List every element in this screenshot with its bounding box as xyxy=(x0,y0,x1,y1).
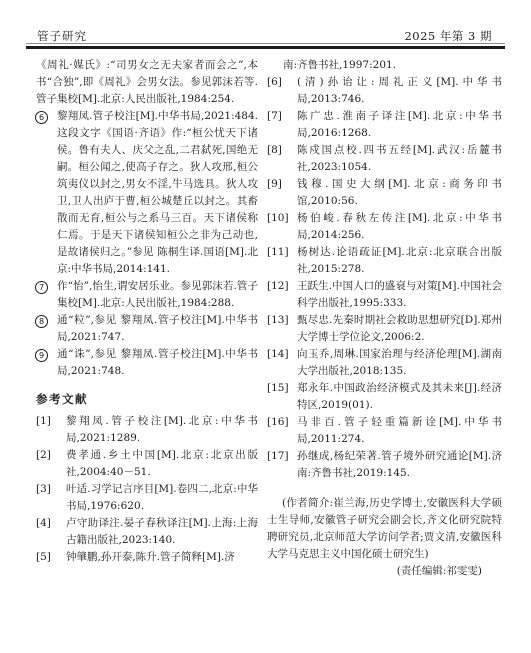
reference-text: 费孝通.乡土中国[M].北京:北京出版社,2004:40－51. xyxy=(66,449,258,478)
reference-text: 卢守助译注.晏子春秋译注[M].上海:上海古籍出版社,2023:140. xyxy=(66,517,258,546)
reference-text: 钟肇鹏,孙开泰,陈升.管子简释[M].济 xyxy=(66,551,235,563)
reference-text: 杨树达.论语疏证[M].北京:北京联合出版社,2015:278. xyxy=(297,246,502,275)
reference-number-marker: [10] xyxy=(267,210,289,227)
circled-number-marker: 9 xyxy=(35,349,48,362)
reference-number-marker: [7] xyxy=(267,108,282,125)
reference-item: [7] 陈广忠.淮南子译注[M].北京:中华书局,2016:1268. xyxy=(267,108,502,142)
reference-item: [17] 孙继成,杨纪荣著.管子境外研究通论[M].济南:齐鲁书社,2019:1… xyxy=(267,448,502,482)
footnote-item: 7 作“怡”,怡生,谓安居乐业。参见郭沫若.管子集校[M].北京:人民出版社,1… xyxy=(36,278,258,312)
reference-item: [6] (清)孙诒让:周礼正义[M].中华书局,2013:746. xyxy=(267,74,502,108)
reference-item: [14] 向玉乔,周琳.国家治理与经济伦理[M].湖南大学出版社,2018:13… xyxy=(267,346,502,380)
reference-text: 向玉乔,周琳.国家治理与经济伦理[M].湖南大学出版社,2018:135. xyxy=(297,348,502,377)
reference-number-marker: [1] xyxy=(36,413,51,430)
references-list-right: [6] (清)孙诒让:周礼正义[M].中华书局,2013:746. [7] 陈广… xyxy=(267,74,502,482)
header-rule-thin xyxy=(26,43,505,44)
reference-number-marker: [13] xyxy=(267,312,289,329)
footnote-item: 6 黎翔凤.管子校注[M].中华书局,2021:484. 这段文字《国语·齐语》… xyxy=(36,108,258,278)
reference-number-marker: [6] xyxy=(267,74,282,91)
right-column: 南:齐鲁书社,1997:201. [6] (清)孙诒让:周礼正义[M].中华书局… xyxy=(267,57,502,580)
reference-text: 陈戍国点校.四书五经[M].武汉:岳麓书社,2023:1054. xyxy=(297,144,502,173)
header-issue-label: 2025 年第 3 期 xyxy=(404,28,492,44)
reference-item: [13] 甄尽忠.先秦时期社会救助思想研究[D].郑州大学博士学位论文,2006… xyxy=(267,312,502,346)
reference-item: [3] 叶适.习学记言序目[M].卷四二,北京:中华书局,1976:620. xyxy=(36,481,258,515)
references-list-left: [1] 黎翔凤.管子校注[M].北京:中华书局,2021:1289. [2] 费… xyxy=(36,413,258,566)
references-heading: 参考文献 xyxy=(36,392,258,409)
reference-text: 钱穆.国史大纲[M].北京:商务印书馆,2010:56. xyxy=(297,178,502,207)
reference-number-marker: [5] xyxy=(36,549,51,566)
reference-item: [12] 王跃生.中国人口的盛衰与对策[M].中国社会科学出版社,1995:33… xyxy=(267,278,502,312)
header-journal-title: 管子研究 xyxy=(37,28,87,44)
footnote-text: 黎翔凤.管子校注[M].中华书局,2021:484. 这段文字《国语·齐语》作:… xyxy=(57,110,258,275)
footnote-text: 通“诛”,参见 黎翔凤.管子校注[M].中华书局,2021:748. xyxy=(57,348,258,377)
reference-number-marker: [9] xyxy=(267,176,282,193)
reference-continuation-text: 南:齐鲁书社,1997:201. xyxy=(267,57,502,74)
reference-number-marker: [8] xyxy=(267,142,282,159)
reference-number-marker: [14] xyxy=(267,346,289,363)
reference-text: 孙继成,杨纪荣著.管子境外研究通论[M].济南:齐鲁书社,2019:145. xyxy=(297,450,502,479)
reference-text: 叶适.习学记言序目[M].卷四二,北京:中华书局,1976:620. xyxy=(66,483,258,512)
reference-text: 黎翔凤.管子校注[M].北京:中华书局,2021:1289. xyxy=(66,415,258,444)
author-bio-paragraph: (作者简介:崔兰海,历史学博士,安徽医科大学硕士生导师,安徽管子研究会副会长,齐… xyxy=(267,495,502,563)
left-column: 《周礼·媒氏》:“司男女之无夫家者而会之”,本书“合独”,即《周礼》会男女法。参… xyxy=(36,57,258,566)
footnote-item: 9 通“诛”,参见 黎翔凤.管子校注[M].中华书局,2021:748. xyxy=(36,346,258,380)
reference-text: 王跃生.中国人口的盛衰与对策[M].中国社会科学出版社,1995:333. xyxy=(297,280,502,309)
reference-item: [8] 陈戍国点校.四书五经[M].武汉:岳麓书社,2023:1054. xyxy=(267,142,502,176)
reference-number-marker: [4] xyxy=(36,515,51,532)
reference-number-marker: [17] xyxy=(267,448,289,465)
reference-text: 马非百.管子轻重篇新诠[M].中华书局,2011:274. xyxy=(297,416,502,445)
circled-number-marker: 7 xyxy=(35,281,48,294)
reference-item: [5] 钟肇鹏,孙开泰,陈升.管子简释[M].济 xyxy=(36,549,258,566)
reference-item: [4] 卢守助译注.晏子春秋译注[M].上海:上海古籍出版社,2023:140. xyxy=(36,515,258,549)
reference-text: 甄尽忠.先秦时期社会救助思想研究[D].郑州大学博士学位论文,2006:2. xyxy=(297,314,502,343)
footnote-text: 作“怡”,怡生,谓安居乐业。参见郭沫若.管子集校[M].北京:人民出版社,198… xyxy=(57,280,258,309)
reference-item: [11] 杨树达.论语疏证[M].北京:北京联合出版社,2015:278. xyxy=(267,244,502,278)
reference-text: 陈广忠.淮南子译注[M].北京:中华书局,2016:1268. xyxy=(297,110,502,139)
reference-number-marker: [12] xyxy=(267,278,289,295)
reference-number-marker: [2] xyxy=(36,447,51,464)
reference-text: 郑永年.中国政治经济模式及其未来[J].经济特区,2019(01). xyxy=(297,382,502,411)
circled-number-marker: 6 xyxy=(35,111,48,124)
reference-item: [1] 黎翔凤.管子校注[M].北京:中华书局,2021:1289. xyxy=(36,413,258,447)
circled-number-marker: 8 xyxy=(35,315,48,328)
reference-number-marker: [15] xyxy=(267,380,289,397)
reference-item: [15] 郑永年.中国政治经济模式及其未来[J].经济特区,2019(01). xyxy=(267,380,502,414)
reference-item: [9] 钱穆.国史大纲[M].北京:商务印书馆,2010:56. xyxy=(267,176,502,210)
reference-text: 杨伯峻.春秋左传注[M].北京:中华书局,2014:256. xyxy=(297,212,502,241)
reference-text: (清)孙诒让:周礼正义[M].中华书局,2013:746. xyxy=(297,76,502,105)
footnote-item: 8 通“粒”,参见 黎翔凤.管子校注[M].中华书局,2021:747. xyxy=(36,312,258,346)
reference-number-marker: [16] xyxy=(267,414,289,431)
footnote-continuation-text: 《周礼·媒氏》:“司男女之无夫家者而会之”,本书“合独”,即《周礼》会男女法。参… xyxy=(36,57,258,108)
reference-item: [16] 马非百.管子轻重篇新诠[M].中华书局,2011:274. xyxy=(267,414,502,448)
footnote-text: 通“粒”,参见 黎翔凤.管子校注[M].中华书局,2021:747. xyxy=(57,314,258,343)
reference-number-marker: [3] xyxy=(36,481,51,498)
reference-item: [2] 费孝通.乡土中国[M].北京:北京出版社,2004:40－51. xyxy=(36,447,258,481)
footnote-list: 6 黎翔凤.管子校注[M].中华书局,2021:484. 这段文字《国语·齐语》… xyxy=(36,108,258,380)
header-rule-thick xyxy=(26,46,505,49)
reference-item: [10] 杨伯峻.春秋左传注[M].北京:中华书局,2014:256. xyxy=(267,210,502,244)
journal-page: 管子研究 2025 年第 3 期 《周礼·媒氏》:“司男女之无夫家者而会之”,本… xyxy=(0,0,531,653)
editor-note: (责任编辑:祁雯雯) xyxy=(267,563,502,580)
reference-number-marker: [11] xyxy=(267,244,289,261)
